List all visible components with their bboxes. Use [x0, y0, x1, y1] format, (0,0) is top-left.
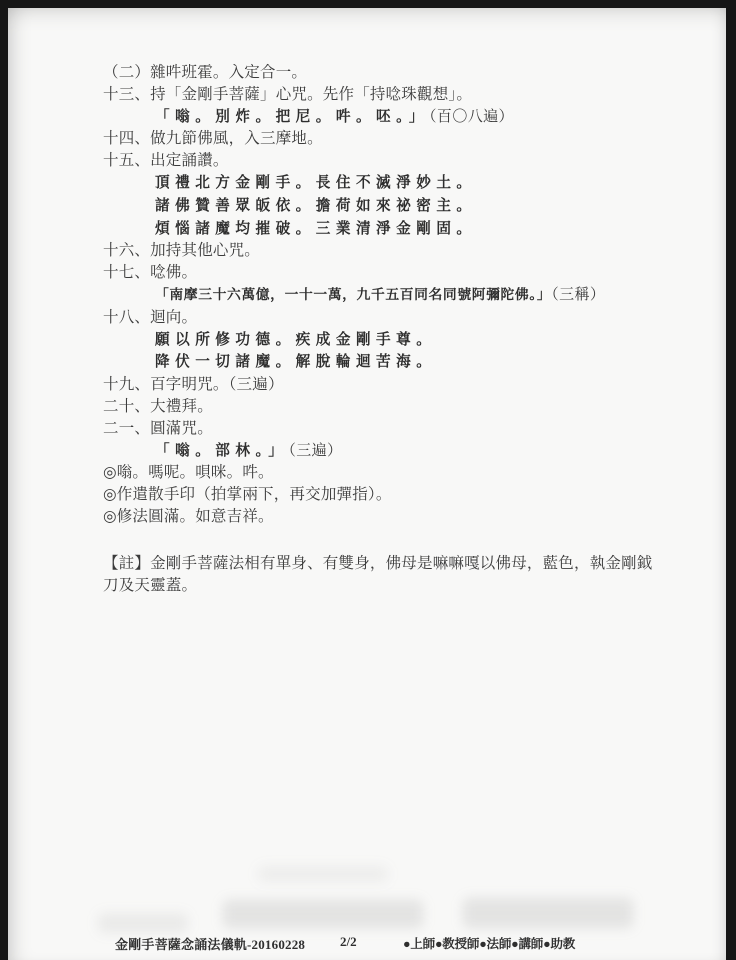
text-line: 「南摩三十六萬億，一十一萬，九千五百同名同號阿彌陀佛。」（三稱）	[103, 284, 703, 307]
scan-ghosting-smudge	[223, 900, 423, 928]
line-text: ◎修法圓滿。如意吉祥。	[103, 508, 274, 525]
text-line: ◎修法圓滿。如意吉祥。	[103, 506, 703, 528]
line-repetition-count: （百〇八遍）	[429, 109, 514, 125]
document-content: （二）雜吽班霍。入定合一。十三、持「金剛手菩薩」心咒。先作「持唸珠觀想」。「嗡。…	[103, 62, 703, 596]
page-footer: 金剛手菩薩念誦法儀軌-20160228 2/2 ●上師●教授師●法師●講師●助教	[8, 934, 726, 954]
text-line: 十八、迴向。	[103, 307, 703, 329]
line-text: ◎作遣散手印（拍掌兩下，再交加彈指）。	[103, 486, 392, 503]
line-text: 「南摩三十六萬億，一十一萬，九千五百同名同號阿彌陀佛。」	[155, 287, 551, 302]
text-line: 十四、做九節佛風，入三摩地。	[103, 128, 703, 150]
text-line: 十六、加持其他心咒。	[103, 240, 703, 262]
line-text: 十八、迴向。	[103, 309, 197, 326]
text-line: 【註】金剛手菩薩法相有單身、有雙身，佛母是嘛嘛嘎以佛母，藍色，執金剛鉞	[103, 553, 703, 575]
line-text: 【註】金剛手菩薩法相有單身、有雙身，佛母是嘛嘛嘎以佛母，藍色，執金剛鉞	[103, 555, 653, 572]
footer-role-checkboxes: ●上師●教授師●法師●講師●助教	[403, 934, 575, 952]
scan-ghosting-smudge	[258, 866, 388, 882]
line-text: 刀及天靈蓋。	[103, 577, 197, 594]
text-line: 十三、持「金剛手菩薩」心咒。先作「持唸珠觀想」。	[103, 84, 703, 106]
line-text: 十九、百字明咒。（三遍）	[103, 376, 284, 393]
line-text: 十四、做九節佛風，入三摩地。	[103, 130, 323, 147]
text-line: 煩惱諸魔均摧破。三業清淨金剛固。	[103, 218, 703, 241]
line-text: 降伏一切諸魔。解脫輪迴苦海。	[155, 354, 436, 370]
footer-page-number: 2/2	[340, 934, 357, 950]
line-text: （二）雜吽班霍。入定合一。	[103, 64, 307, 81]
footer-document-title: 金剛手菩薩念誦法儀軌-20160228	[115, 934, 305, 953]
line-text: 「嗡。部林。」	[155, 443, 288, 459]
text-line: 頂禮北方金剛手。長住不滅淨妙土。	[103, 172, 703, 195]
line-text: 二十、大禮拜。	[103, 398, 213, 415]
line-text: ◎嗡。嗎呢。唄咪。吽。	[103, 464, 274, 481]
line-text: 願以所修功德。疾成金剛手尊。	[155, 332, 436, 348]
scan-ghosting-smudge	[463, 898, 633, 928]
text-line: 十七、唸佛。	[103, 262, 703, 284]
document-page: （二）雜吽班霍。入定合一。十三、持「金剛手菩薩」心咒。先作「持唸珠觀想」。「嗡。…	[8, 8, 726, 960]
text-line: 十九、百字明咒。（三遍）	[103, 374, 703, 396]
scan-ghosting-smudge	[98, 913, 188, 933]
text-line: 十五、出定誦讚。	[103, 150, 703, 172]
text-line: 刀及天靈蓋。	[103, 575, 703, 597]
text-line: 願以所修功德。疾成金剛手尊。	[103, 329, 703, 352]
line-text: 「嗡。別炸。把尼。吽。呸。」	[155, 109, 429, 125]
line-text: 十七、唸佛。	[103, 264, 197, 281]
text-line: 「嗡。別炸。把尼。吽。呸。」（百〇八遍）	[103, 106, 703, 129]
text-line: 降伏一切諸魔。解脫輪迴苦海。	[103, 351, 703, 374]
scanned-document: （二）雜吽班霍。入定合一。十三、持「金剛手菩薩」心咒。先作「持唸珠觀想」。「嗡。…	[0, 0, 736, 960]
line-text: 十三、持「金剛手菩薩」心咒。先作「持唸珠觀想」。	[103, 86, 472, 103]
line-text: 諸佛贊善眾皈依。擔荷如來祕密主。	[155, 198, 477, 214]
line-text: 二一、圓滿咒。	[103, 420, 213, 437]
line-text: 十五、出定誦讚。	[103, 152, 229, 169]
text-line: ◎作遣散手印（拍掌兩下，再交加彈指）。	[103, 484, 703, 506]
text-line: 二一、圓滿咒。	[103, 418, 703, 440]
line-text: 煩惱諸魔均摧破。三業清淨金剛固。	[155, 221, 477, 237]
line-text: 頂禮北方金剛手。長住不滅淨妙土。	[155, 175, 477, 191]
text-line: 諸佛贊善眾皈依。擔荷如來祕密主。	[103, 195, 703, 218]
line-repetition-count: （三遍）	[288, 443, 342, 459]
line-repetition-count: （三稱）	[551, 287, 605, 303]
text-line: ◎嗡。嗎呢。唄咪。吽。	[103, 462, 703, 484]
line-text: 十六、加持其他心咒。	[103, 242, 260, 259]
text-line: （二）雜吽班霍。入定合一。	[103, 62, 703, 84]
text-line: 二十、大禮拜。	[103, 396, 703, 418]
text-line: 「嗡。部林。」（三遍）	[103, 440, 703, 463]
